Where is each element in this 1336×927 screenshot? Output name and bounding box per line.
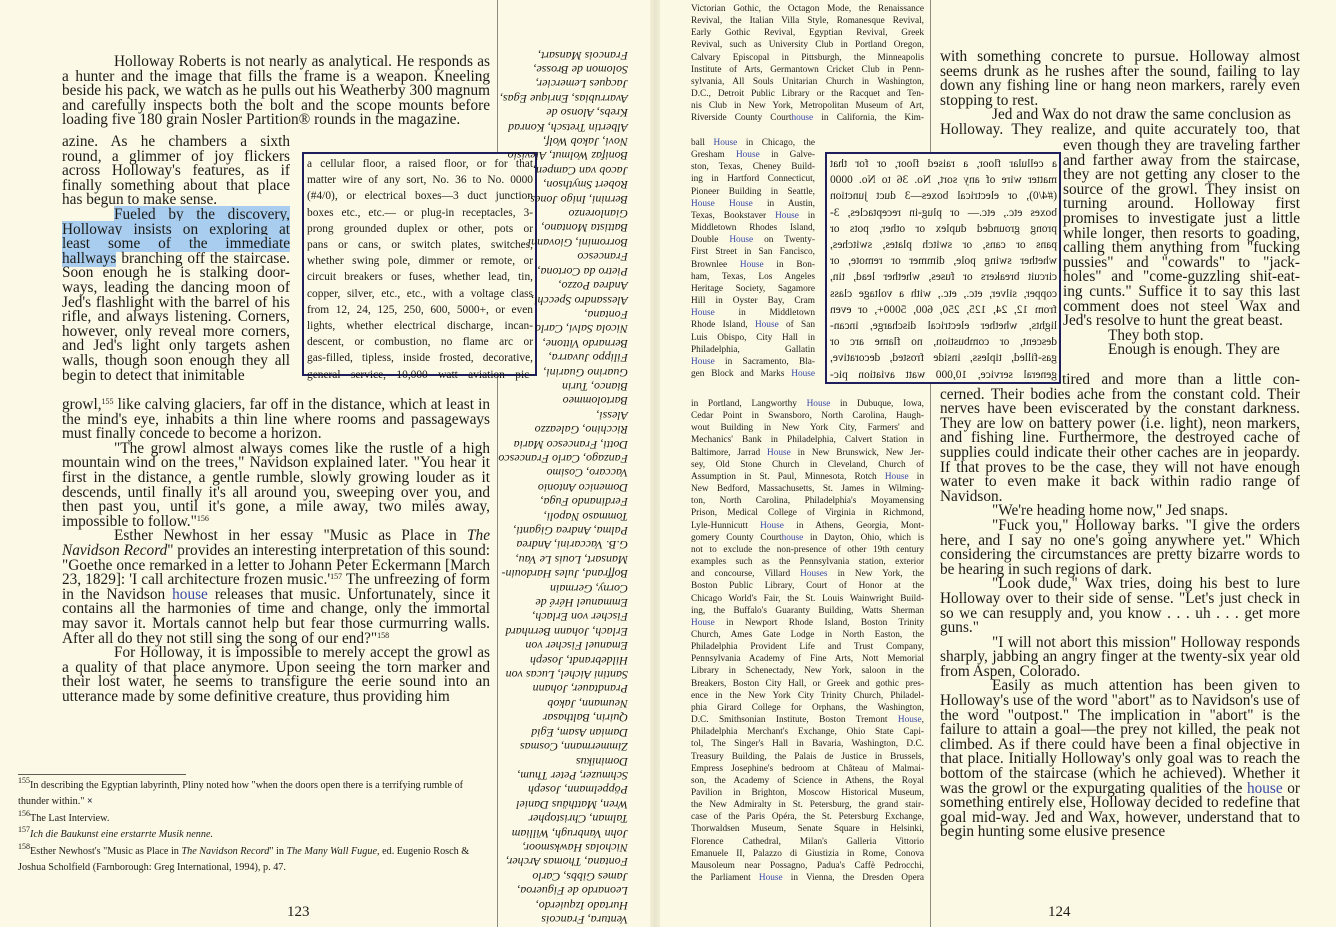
boxed-line: matter wire of any sort, No. 36 to No. 0… <box>307 172 533 188</box>
boxed-line: boxes etc., etc.— or plug-in receptacles… <box>307 205 533 221</box>
text-line: Bernardo Vittone, <box>503 336 628 350</box>
text-line: Thorwaldsen Museum, Senate Square in Hel… <box>691 823 924 835</box>
text-line: Hill in Oyster Bay, Cram <box>691 295 815 307</box>
boxed-line: a cellular floor, a raised floor, or for… <box>307 156 533 172</box>
footnote-number: 157 <box>18 825 30 834</box>
boxed-text-frame: a cellular floor, a raised floor, or for… <box>302 152 537 376</box>
text-line: tol, The Singer's Hall in Bavaria, Washi… <box>691 738 924 750</box>
text-line: Texas, Bookstaver House in <box>691 210 815 222</box>
house-word: House <box>691 308 715 318</box>
text-line: gomery County Courthouse in Dayton, Ohio… <box>691 532 924 544</box>
text-line: Baltimore, Jarrad House in New Brunswick… <box>691 447 924 459</box>
house-word: House <box>729 199 753 209</box>
footnote-157: 157Ich die Baukunst eine erstarrte Musik… <box>18 827 488 843</box>
mirrored-boxed-content: a cellular floor, a raised floor, or for… <box>830 156 1057 383</box>
text-line: Gianlorenzo <box>503 207 628 221</box>
footnote-155: 155In describing the Egyptian labyrinth,… <box>18 778 488 811</box>
left-intro-paragraph: Holloway Roberts is not nearly as analyt… <box>62 55 490 128</box>
text-line: Gresham House in Galve- <box>691 149 815 161</box>
text-line: Quirin, Balthasar <box>503 711 628 725</box>
text-line: matter wire of any sort, No. 36 to No. 0… <box>830 172 1057 188</box>
text-line: Lyle-Hunnicutt House in Athens, Georgia,… <box>691 520 924 532</box>
navidson-quote-paragraph: "The growl almost always comes like the … <box>62 442 490 530</box>
text-line: phia Girard College for Orphans, the Was… <box>691 702 924 714</box>
text-line: ham, Texas, Los Angeles <box>691 271 815 283</box>
house-word: House <box>807 399 831 409</box>
footnote-number: 155 <box>18 776 30 785</box>
text-line: copper, silver, etc., etc., with a volta… <box>830 286 1057 302</box>
text-line: Albertin Tretsch, Konrad <box>503 120 628 134</box>
footnotes: 155In describing the Egyptian labyrinth,… <box>18 778 488 876</box>
text-line: Holloway. They realize, and quite accura… <box>940 123 1300 138</box>
concerned-paragraph: cerned. Their bodies ache from the const… <box>940 388 1300 505</box>
look-dude-paragraph: "Look dude," Wax tries, doing his best t… <box>940 577 1300 635</box>
text-line: Dominikus <box>503 754 628 768</box>
holloway-paragraph: For Holloway, it is impossible to merely… <box>62 646 490 704</box>
book-title: The Many Wall Fugue <box>287 846 377 857</box>
text-line: Robert Smythson, <box>503 178 628 192</box>
boxed-line: descent, or combustion, no flame arc or <box>307 334 533 350</box>
text-line: Bartolommeo <box>503 394 628 408</box>
text-line: sey, Old Stone Church in Cleveland, Chur… <box>691 459 924 471</box>
text-line: ing, the Buffalo's Guaranty Building, Wa… <box>691 605 924 617</box>
text-line: Nicholas Hawksmoor, <box>503 841 628 855</box>
right-lower-text: tired and more than a little con- cerned… <box>940 373 1300 840</box>
text-line: Alessandro Specchi, <box>503 293 628 307</box>
text-line: ton, North Carolina, Philadelphia's Moya… <box>691 495 924 507</box>
text-line: boxes etc., etc.— or plug-in receptacles… <box>830 205 1057 221</box>
text-line: Pennsylvania Academy of Fine Arts, Nott … <box>691 653 924 665</box>
footnote-156: 156The Last Interview. <box>18 811 488 827</box>
text-line: Fanzago, Carlo Francesco <box>503 452 628 466</box>
text-line: Cedar Point in Swansboro, North Carolina… <box>691 410 924 422</box>
footnote-rule <box>18 774 186 775</box>
text-line: Fischer von Erlach, <box>503 610 628 624</box>
text-line: and concourse, Villard Houses in New Yor… <box>691 568 924 580</box>
text-line: whether swing pole, dimmer or remote, or <box>830 253 1057 269</box>
left-lower-text: growl,155 like calving glaciers, far off… <box>62 398 490 704</box>
text-line: Philadelphia Merchant's Exchange, Ohio S… <box>691 726 924 738</box>
text-line: Fontana, <box>503 308 628 322</box>
text-line: not to exclude the non-presence of other… <box>691 544 924 556</box>
house-word: House <box>775 211 799 221</box>
footnote-number: 156 <box>18 809 30 818</box>
text-line: sylvania, All Souls Unitarian Church in … <box>691 76 924 88</box>
footnote-number: 158 <box>18 842 30 851</box>
text-line: Corny, Germain <box>503 581 628 595</box>
page-number-right: 124 <box>1048 904 1071 921</box>
text-line: Church, Ames Gate Lodge in North Easton,… <box>691 629 924 641</box>
text-line: Novi, Jakob Wolf, <box>503 135 628 149</box>
text-line: Prandtauer, Johann <box>503 682 628 696</box>
text-line: New Bedford, Massachusetts, St. James in… <box>691 483 924 495</box>
text-line: Avarrubias, Enrique Egas, <box>503 91 628 105</box>
text-line: Solomon de Brosse, <box>503 63 628 77</box>
text-line: ence in the New York City Trinity Church… <box>691 690 924 702</box>
text-line: Francois Mansart, <box>503 48 628 62</box>
boxed-line: lights, whether electrical discharge, in… <box>307 318 533 334</box>
text-line: Neumann, Jakob <box>503 697 628 711</box>
text-line: John Vanbrugh, William <box>503 826 628 840</box>
text-line: descent, or combustion, no flame arc or <box>830 334 1057 350</box>
abort-analysis-paragraph: Easily as much attention has been given … <box>940 679 1300 840</box>
house-word: Houses <box>800 569 827 579</box>
text-line: Pavilion in Brighton, Moscow Historical … <box>691 787 924 799</box>
right-narrow-column: even though they are traveling fartheran… <box>1063 139 1300 358</box>
boxed-line: from 12, 24, 125, 250, 600, 5000+, or ev… <box>307 302 533 318</box>
book-gutter <box>650 0 660 927</box>
text-line: Jacob van Campen, <box>503 163 628 177</box>
text-line: wout Building in New York City, Farmers'… <box>691 422 924 434</box>
text-line: Wren, Matthäus Daniel <box>503 797 628 811</box>
text-line: Domenico Antonio <box>503 480 628 494</box>
architecture-list-narrow: ball House in Chicago, theGresham House … <box>691 137 815 380</box>
text-line: Zimmermann, Cosmas <box>503 740 628 754</box>
boxed-line: general service, 10,000 watt aviation pi… <box>307 367 533 383</box>
text-line: Prison, Medical College of Virginia in R… <box>691 507 924 519</box>
text-line: Tommaso Napoli, <box>503 509 628 523</box>
text-line: Riverside County Courthouse in Californi… <box>691 112 924 124</box>
text-line: Bernini, Inigo Jones, <box>503 192 628 206</box>
text-run: like calving glaciers, far off in the di… <box>62 396 490 442</box>
text-line: Library in Schenectady, New York, saloon… <box>691 665 924 677</box>
text-line: ing in Hartford Connecticut, <box>691 173 815 185</box>
text-line: son, the Academy of Science in Athens, t… <box>691 775 924 787</box>
text-line: Revival, the Italian Villa Style, Romane… <box>691 15 924 27</box>
x-mark-icon: × <box>87 796 93 807</box>
text-line: begin to detect that inimitable <box>62 367 245 384</box>
text-line: examples such as the Pennsylvania statio… <box>691 556 924 568</box>
text-line: Mausoleum near Possagno, Padua's Caffè P… <box>691 860 924 872</box>
text-line: Hurtado Izquierdo, <box>503 898 628 912</box>
text-line: Palma, Andrea Giganti, <box>503 524 628 538</box>
text-line: the Parliament House in Vienna, the Dres… <box>691 872 924 884</box>
text-line: Early Gothic Revival, Egyptian Revival, … <box>691 27 924 39</box>
footnote-text: " in <box>269 846 286 857</box>
house-word: house <box>782 533 804 543</box>
footnote-ref-156[interactable]: 156 <box>197 514 209 523</box>
text-line: Jacques Lemercier, <box>503 77 628 91</box>
text-line: Ricchino, Galeazzo <box>503 423 628 437</box>
fuck-you-paragraph: "Fuck you," Holloway barks. "I give the … <box>940 519 1300 577</box>
text-line: Victorian Gothic, the Octagon Mode, the … <box>691 3 924 15</box>
text-line: Mansart, Louis Le Vau, <box>503 552 628 566</box>
text-line: Damian Asam, Egid <box>503 725 628 739</box>
boxed-line: copper, silver, etc., etc., with a volta… <box>307 286 533 302</box>
text-line: Rhode Island, House of San <box>691 319 815 331</box>
footnote-ref-155[interactable]: 155 <box>102 397 114 406</box>
text-line: House in Sacramento, Bla- <box>691 356 815 368</box>
text-line: House House in Austin, <box>691 198 815 210</box>
intro-text: Holloway Roberts is not nearly as analyt… <box>62 55 490 128</box>
text-line: Chicago World's Fair, the St. Louis Wain… <box>691 593 924 605</box>
text-line: Revival, such as University Club in Port… <box>691 39 924 51</box>
text-line: Guarino Guarini, <box>503 365 628 379</box>
text-line: Florence Cathedral, Milan's Galleria Vit… <box>691 836 924 848</box>
text-line: Luis Obispo, City Hall in <box>691 332 815 344</box>
architecture-list-top: Victorian Gothic, the Octagon Mode, the … <box>691 3 924 125</box>
text-line: a cellular floor, a raised floor, or for… <box>830 156 1057 172</box>
text-line: Middletown Rhodes Island, <box>691 222 815 234</box>
column-rule-right <box>930 0 931 927</box>
upside-down-architect-list: Ventura, FrancoisHurtado Izquierdo,Leona… <box>503 0 628 927</box>
house-word: House <box>691 199 715 209</box>
house-word: House <box>729 235 753 245</box>
text-line: James Gibbs, Carlo <box>503 869 628 883</box>
text-line: gas-filled, tipless, inside frosted, dec… <box>830 350 1057 366</box>
house-word: House <box>885 472 909 482</box>
text-line: Breakers, Boston City Hall, or Greek and… <box>691 678 924 690</box>
house-word: House <box>691 618 715 628</box>
text-line: House in Middletown <box>691 307 815 319</box>
house-word: House <box>898 715 922 725</box>
text-line: Bonifaz Wolmut, Alevisio <box>503 149 628 163</box>
boxed-line: circuit breakers or fuses, whether lead,… <box>307 269 533 285</box>
house-word: House <box>755 320 779 330</box>
footnote-158: 158Esther Newhost's "Music as Place in T… <box>18 844 488 877</box>
text-line: First Street in San Fancisco, <box>691 246 815 258</box>
abort-mission-paragraph: "I will not abort this mission" Holloway… <box>940 636 1300 680</box>
text-line: Nicola Salvi, Carlo <box>503 322 628 336</box>
highlighted-passage[interactable]: Fueled by the discovery, Holloway insist… <box>62 208 290 383</box>
text-line: D.C., Detroit Public Library or the Racq… <box>691 88 924 100</box>
text-line: Pietro da Cortona, <box>503 264 628 278</box>
text-line: Emanuele II, Palazzo di Giustizia in Rom… <box>691 848 924 860</box>
text-line: Vaccaro, Cosimo <box>503 466 628 480</box>
text-line: Boffrand, Jules Hardouin- <box>503 567 628 581</box>
boxed-line: pans or cans, or switch plates, switches… <box>307 237 533 253</box>
growl-paragraph-tail: growl,155 like calving glaciers, far off… <box>62 398 490 442</box>
text-line: pans or cans, or switch plates, switches… <box>830 237 1057 253</box>
text-line: Double House on Twenty- <box>691 234 815 246</box>
right-top-text: with something concrete to pursue. Hollo… <box>940 50 1300 138</box>
text-line: Andrea Pozzo, <box>503 279 628 293</box>
text-line: Fontana, Thomas Archer, <box>503 855 628 869</box>
text-line: Brownlee House in Bon- <box>691 259 815 271</box>
text-line: Assumption in St. Paul, Minnesota, Rotch… <box>691 471 924 483</box>
text-line: Ferdinando Fuga, <box>503 495 628 509</box>
text-line: Dotti, Francesco Maria <box>503 437 628 451</box>
text-line: (#4/0), or electrical boxes—3 duct junct… <box>830 188 1057 204</box>
text-line: prong grounded duplex or other, pots or <box>830 221 1057 237</box>
text-line: Alessi, <box>503 408 628 422</box>
text-line: Enough is enough. They are <box>1063 343 1300 358</box>
left-narrow-column: azine. As he chambers a sixth round, a g… <box>62 135 290 383</box>
text-line: lights, whether electrical discharge, in… <box>830 318 1057 334</box>
text-line: Treasury Building, the Palais de Justice… <box>691 751 924 763</box>
boxed-line: gas-filled, tipless, inside frosted, dec… <box>307 350 533 366</box>
footnote-text: The Last Interview. <box>30 813 109 824</box>
house-word: House <box>691 357 715 367</box>
text-line: Philadelphia Provident Life and Trust Co… <box>691 641 924 653</box>
text-line: Ventura, Francois <box>503 913 628 927</box>
text-line: Schmuzer, Peter Thum, <box>503 769 628 783</box>
book-title: The Navidson Record <box>181 846 269 857</box>
house-word: House <box>767 448 791 458</box>
text-run: "The growl almost always comes like the … <box>62 440 490 530</box>
text-line: Pioneer Building in Seattle, <box>691 186 815 198</box>
text-line: Emmanuel Héré de <box>503 596 628 610</box>
footnote-ref-158[interactable]: 158 <box>377 631 389 640</box>
text-line: Institute of Arts, Germantown Cricket Cl… <box>691 64 924 76</box>
text-line: ball House in Chicago, the <box>691 137 815 149</box>
text-line: Heritage Society, Sagamore <box>691 283 815 295</box>
text-line: Erlach, Johann Bernhard <box>503 624 628 638</box>
text-line: Leonardo de Figueroa, <box>503 884 628 898</box>
house-word: House <box>714 138 738 148</box>
text-line: Filippo Juvarra, <box>503 351 628 365</box>
newhost-paragraph: Esther Newhost in her essay "Music as Pl… <box>62 529 490 646</box>
text-line: Boston Public Library, Court of Honor at… <box>691 580 924 592</box>
text-line: ston, Texas, Cheney Build- <box>691 161 815 173</box>
text-line: House in Newport Rhode Island, Boston Tr… <box>691 617 924 629</box>
text-line: Bianco, Turin <box>503 380 628 394</box>
house-word: House <box>791 369 815 379</box>
footnote-text: Esther Newhost's "Music as Place in <box>30 846 181 857</box>
text-line: Francesco <box>503 250 628 264</box>
text-line: circuit breakers or fuses, whether lead,… <box>830 269 1057 285</box>
text-line: D.C. Smithsonian Institute, Boston Tremo… <box>691 714 924 726</box>
text-line: the New Admiralty in St. Petersburg, the… <box>691 799 924 811</box>
text-line: in Portland, Langworthy House in Dubuque… <box>691 398 924 410</box>
text-line: Empress Josephine's bedroom at Château o… <box>691 763 924 775</box>
page-number-left: 123 <box>287 904 310 921</box>
boxed-line: whether swing pole, dimmer or remote, or <box>307 253 533 269</box>
text-line: case of the Paris Opéra, the St. Petersb… <box>691 811 924 823</box>
text-line: Mechanics' Bank in Philadelphia, Calvert… <box>691 434 924 446</box>
house-word: House <box>759 873 783 883</box>
pursue-paragraph: with something concrete to pursue. Hollo… <box>940 50 1300 108</box>
text-line: from 12, 24, 125, 250, 600, 5000+, or ev… <box>830 302 1057 318</box>
text-line: Borromini, Giovanni <box>503 236 628 250</box>
boxed-line: (#4/0), or electrical boxes—3 duct junct… <box>307 188 533 204</box>
text-line: Pöppelmann, Joseph <box>503 783 628 797</box>
architecture-list-bottom: in Portland, Langworthy House in Dubuque… <box>691 398 924 884</box>
text-line: Calvary Episcopal in Pittsburgh, the Min… <box>691 52 924 64</box>
house-word: House <box>740 260 764 270</box>
text-line: nis Club in New York, Metropolitan Museu… <box>691 100 924 112</box>
mirrored-boxed-text-frame: a cellular floor, a raised floor, or for… <box>825 152 1061 384</box>
house-word: House <box>736 150 760 160</box>
footnote-text: In describing the Egyptian labyrinth, Pl… <box>18 780 463 807</box>
text-line: G.B. Vaccarini, Andrea <box>503 538 628 552</box>
boxed-line: prong grounded duplex or other, pots or <box>307 221 533 237</box>
text-line: gen Block and Marks House <box>691 368 815 380</box>
text-line: Hildebrandt, Joseph <box>503 653 628 667</box>
text-line: Battista Montano, <box>503 221 628 235</box>
text-line: Emanuel Fischer von <box>503 639 628 653</box>
footnote-text: Ich die Baukunst eine erstarrte Musik ne… <box>30 829 213 840</box>
footnote-ref-157[interactable]: 157 <box>330 572 342 581</box>
text-line: Krebs, Alonso de <box>503 106 628 120</box>
text-line: Philadelphia, Gallatin <box>691 344 815 356</box>
house-word: house <box>791 113 813 123</box>
text-line: Santini Aichel, Lucas von <box>503 668 628 682</box>
house-word: House <box>760 521 784 531</box>
text-line: Talman, Christopher <box>503 812 628 826</box>
